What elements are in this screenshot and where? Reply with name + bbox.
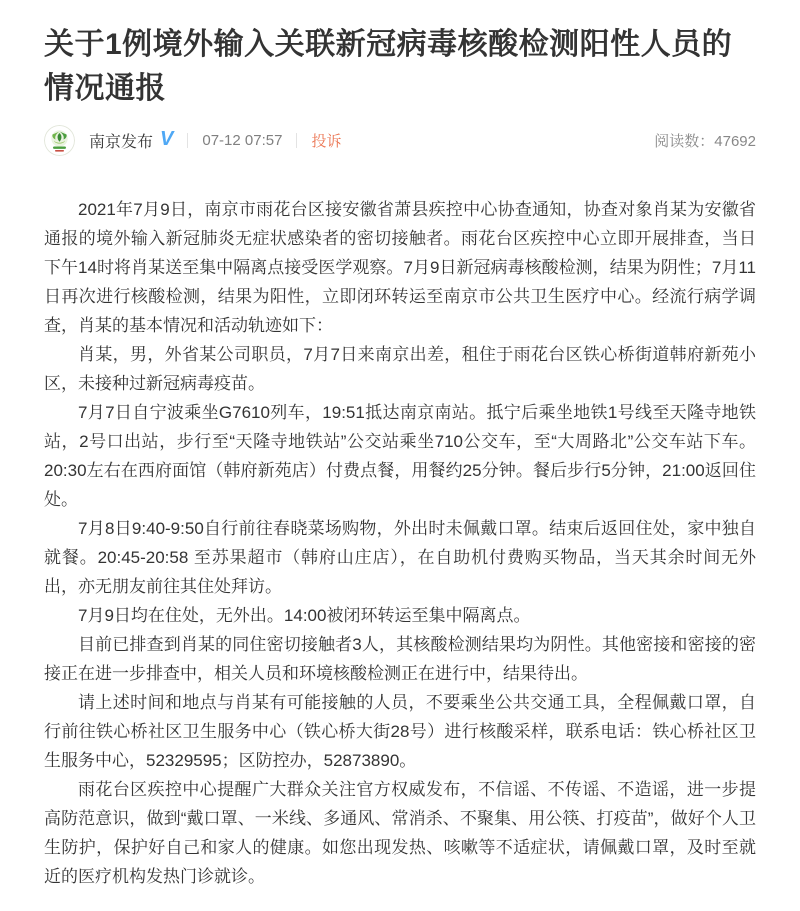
article-paragraph: 7月8日9:40-9:50自行前往春晓菜场购物，外出时未佩戴口罩。结束后返回住处…	[44, 514, 756, 601]
verified-v-icon: V	[160, 129, 173, 149]
article-paragraph: 请上述时间和地点与肖某有可能接触的人员，不要乘坐公共交通工具，全程佩戴口罩，自行…	[44, 688, 756, 775]
read-count-label: 阅读数：	[654, 133, 714, 150]
publish-timestamp: 07-12 07:57	[202, 132, 282, 149]
article-body: 2021年7月9日，南京市雨花台区接安徽省萧县疾控中心协查通知，协查对象肖某为安…	[44, 195, 756, 891]
article-paragraph: 2021年7月9日，南京市雨花台区接安徽省萧县疾控中心协查通知，协查对象肖某为安…	[44, 195, 756, 340]
nanjing-fabu-logo-icon	[44, 125, 75, 156]
read-count: 阅读数：47692	[654, 130, 756, 151]
byline-divider	[187, 133, 188, 148]
article-paragraph: 目前已排查到肖某的同住密切接触者3人，其核酸检测结果均为阴性。其他密接和密接的密…	[44, 630, 756, 688]
article-page: 关于1例境外输入关联新冠病毒核酸检测阳性人员的情况通报 南京发布 V 07-12…	[0, 0, 800, 911]
byline-divider	[296, 133, 297, 148]
article-paragraph: 7月9日均在住处，无外出。14:00被闭环转运至集中隔离点。	[44, 601, 756, 630]
report-link[interactable]: 投诉	[311, 130, 341, 151]
article-paragraph: 肖某，男，外省某公司职员，7月7日来南京出差，租住于雨花台区铁心桥街道韩府新苑小…	[44, 340, 756, 398]
article-title: 关于1例境外输入关联新冠病毒核酸检测阳性人员的情况通报	[44, 23, 756, 111]
read-count-value: 47692	[714, 133, 756, 150]
author-avatar[interactable]	[44, 125, 75, 156]
article-paragraph: 7月7日自宁波乘坐G7610列车，19:51抵达南京南站。抵宁后乘坐地铁1号线至…	[44, 398, 756, 514]
article-paragraph: 雨花台区疾控中心提醒广大群众关注官方权威发布，不信谣、不传谣、不造谣，进一步提高…	[44, 775, 756, 891]
byline: 南京发布 V 07-12 07:57 投诉 阅读数：47692	[44, 124, 756, 156]
author-name[interactable]: 南京发布	[89, 129, 153, 152]
